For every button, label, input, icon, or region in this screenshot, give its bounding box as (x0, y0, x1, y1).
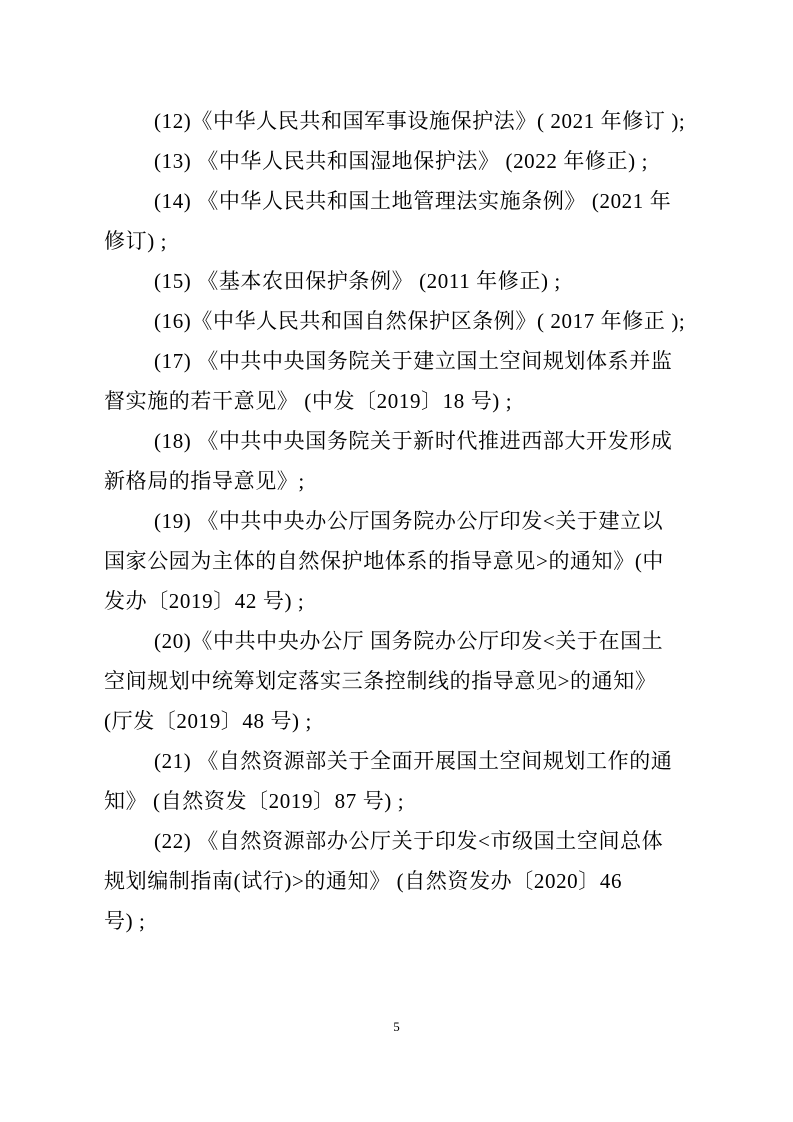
paragraph-line: (20)《中共中央办公厅 国务院办公厅印发<关于在国土 (104, 621, 690, 661)
paragraph-line: 号) ; (104, 901, 690, 941)
paragraph-line: (18) 《中共中央国务院关于新时代推进西部大开发形成 (104, 421, 690, 461)
list-item-13: (13) 《中华人民共和国湿地保护法》 (2022 年修正) ; (104, 141, 690, 181)
paragraph-line: 知》 (自然资发〔2019〕87 号) ; (104, 781, 690, 821)
document-body: (12)《中华人民共和国军事设施保护法》( 2021 年修订 ); (13) 《… (104, 101, 690, 941)
paragraph-line: 国家公园为主体的自然保护地体系的指导意见>的通知》(中 (104, 541, 690, 581)
paragraph-line: 规划编制指南(试行)>的通知》 (自然资发办〔2020〕46 (104, 861, 690, 901)
list-item-20: (20)《中共中央办公厅 国务院办公厅印发<关于在国土 空间规划中统筹划定落实三… (104, 621, 690, 741)
list-item-16: (16)《中华人民共和国自然保护区条例》( 2017 年修正 ); (104, 301, 690, 341)
paragraph-line: (13) 《中华人民共和国湿地保护法》 (2022 年修正) ; (104, 141, 690, 181)
paragraph-line: (16)《中华人民共和国自然保护区条例》( 2017 年修正 ); (104, 301, 690, 341)
list-item-12: (12)《中华人民共和国军事设施保护法》( 2021 年修订 ); (104, 101, 690, 141)
document-page: (12)《中华人民共和国军事设施保护法》( 2021 年修订 ); (13) 《… (0, 0, 793, 1122)
paragraph-line: 新格局的指导意见》; (104, 461, 690, 501)
paragraph-line: 发办〔2019〕42 号) ; (104, 581, 690, 621)
paragraph-line: (21) 《自然资源部关于全面开展国土空间规划工作的通 (104, 741, 690, 781)
list-item-14: (14) 《中华人民共和国土地管理法实施条例》 (2021 年 修订) ; (104, 181, 690, 261)
list-item-15: (15) 《基本农田保护条例》 (2011 年修正) ; (104, 261, 690, 301)
list-item-17: (17) 《中共中央国务院关于建立国土空间规划体系并监 督实施的若干意见》 (中… (104, 341, 690, 421)
page-number: 5 (393, 1019, 400, 1034)
paragraph-line: (12)《中华人民共和国军事设施保护法》( 2021 年修订 ); (104, 101, 690, 141)
paragraph-line: (17) 《中共中央国务院关于建立国土空间规划体系并监 (104, 341, 690, 381)
paragraph-line: (14) 《中华人民共和国土地管理法实施条例》 (2021 年 (104, 181, 690, 221)
paragraph-line: 督实施的若干意见》 (中发〔2019〕18 号) ; (104, 381, 690, 421)
list-item-22: (22) 《自然资源部办公厅关于印发<市级国土空间总体 规划编制指南(试行)>的… (104, 821, 690, 941)
list-item-21: (21) 《自然资源部关于全面开展国土空间规划工作的通 知》 (自然资发〔201… (104, 741, 690, 821)
paragraph-line: (15) 《基本农田保护条例》 (2011 年修正) ; (104, 261, 690, 301)
list-item-19: (19) 《中共中央办公厅国务院办公厅印发<关于建立以 国家公园为主体的自然保护… (104, 501, 690, 621)
paragraph-line: (19) 《中共中央办公厅国务院办公厅印发<关于建立以 (104, 501, 690, 541)
page-footer: 5 (0, 1018, 793, 1036)
list-item-18: (18) 《中共中央国务院关于新时代推进西部大开发形成 新格局的指导意见》; (104, 421, 690, 501)
paragraph-line: (22) 《自然资源部办公厅关于印发<市级国土空间总体 (104, 821, 690, 861)
paragraph-line: (厅发〔2019〕48 号) ; (104, 701, 690, 741)
paragraph-line: 空间规划中统筹划定落实三条控制线的指导意见>的通知》 (104, 661, 690, 701)
paragraph-line: 修订) ; (104, 221, 690, 261)
